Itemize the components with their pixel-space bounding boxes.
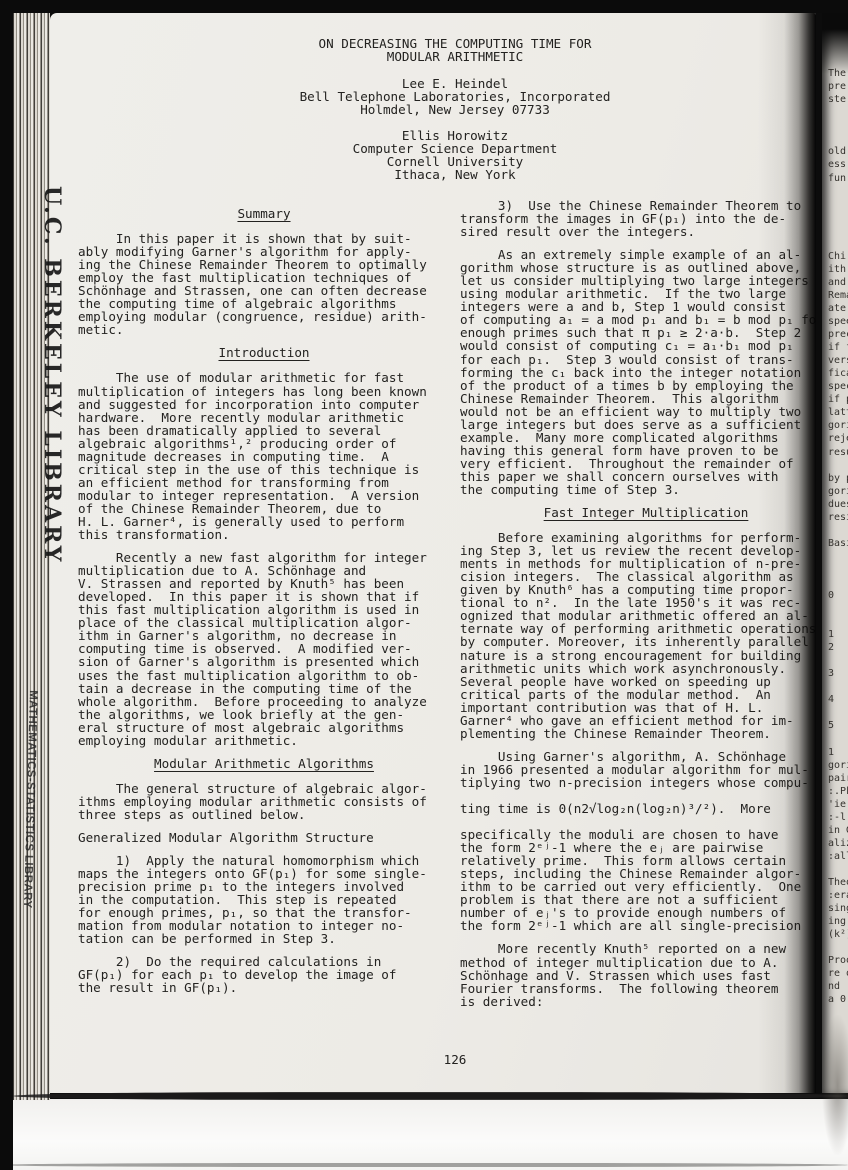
modular-arithmetic-paragraph: The general structure of algebraic algor… bbox=[78, 782, 450, 821]
scan-top-border bbox=[0, 0, 848, 13]
next-page-sliver: The pre ste old ess fun Chi ith and Rema… bbox=[822, 10, 848, 1093]
page-bottom-edge bbox=[13, 1092, 848, 1100]
scanner-bed-bottom bbox=[13, 1099, 848, 1170]
scanned-page: ON DECREASING THE COMPUTING TIME FOR MOD… bbox=[50, 13, 816, 1093]
next-page-text-fragments: The pre ste old ess fun Chi ith and Rema… bbox=[828, 28, 848, 1007]
modular-arithmetic-heading: Modular Arithmetic Algorithms bbox=[78, 757, 450, 770]
author-affiliation-horowitz: Ellis Horowitz Computer Science Departme… bbox=[78, 129, 816, 181]
summary-paragraph: In this paper it is shown that by suit- … bbox=[78, 232, 450, 336]
generalized-structure-subheading: Generalized Modular Algorithm Structure bbox=[78, 831, 450, 844]
introduction-heading: Introduction bbox=[78, 346, 450, 359]
paper-title: ON DECREASING THE COMPUTING TIME FOR MOD… bbox=[78, 37, 816, 63]
page-number: 126 bbox=[78, 1053, 816, 1066]
introduction-paragraph-1: The use of modular arithmetic for fast m… bbox=[78, 371, 450, 541]
left-column: Summary In this paper it is shown that b… bbox=[78, 199, 450, 1018]
summary-heading: Summary bbox=[78, 207, 450, 220]
next-page-smudge bbox=[822, 1015, 848, 1155]
paper-header: ON DECREASING THE COMPUTING TIME FOR MOD… bbox=[78, 37, 816, 194]
library-stamp-berkeley: U.C. BERKELEY LIBRARY bbox=[45, 186, 58, 696]
book-gutter-shadow bbox=[758, 13, 816, 1093]
introduction-paragraph-2: Recently a new fast algorithm for intege… bbox=[78, 551, 450, 747]
scan-bottom-edge bbox=[0, 1163, 848, 1167]
algorithm-step1-paragraph: 1) Apply the natural homomorphism which … bbox=[78, 854, 450, 945]
author-affiliation-heindel: Lee E. Heindel Bell Telephone Laboratori… bbox=[78, 77, 816, 116]
scan-left-border bbox=[0, 0, 13, 1170]
two-column-body: Summary In this paper it is shown that b… bbox=[78, 199, 816, 1018]
algorithm-step2-paragraph: 2) Do the required calculations in GF(p₁… bbox=[78, 955, 450, 994]
next-page-top-shadow bbox=[822, 10, 848, 74]
